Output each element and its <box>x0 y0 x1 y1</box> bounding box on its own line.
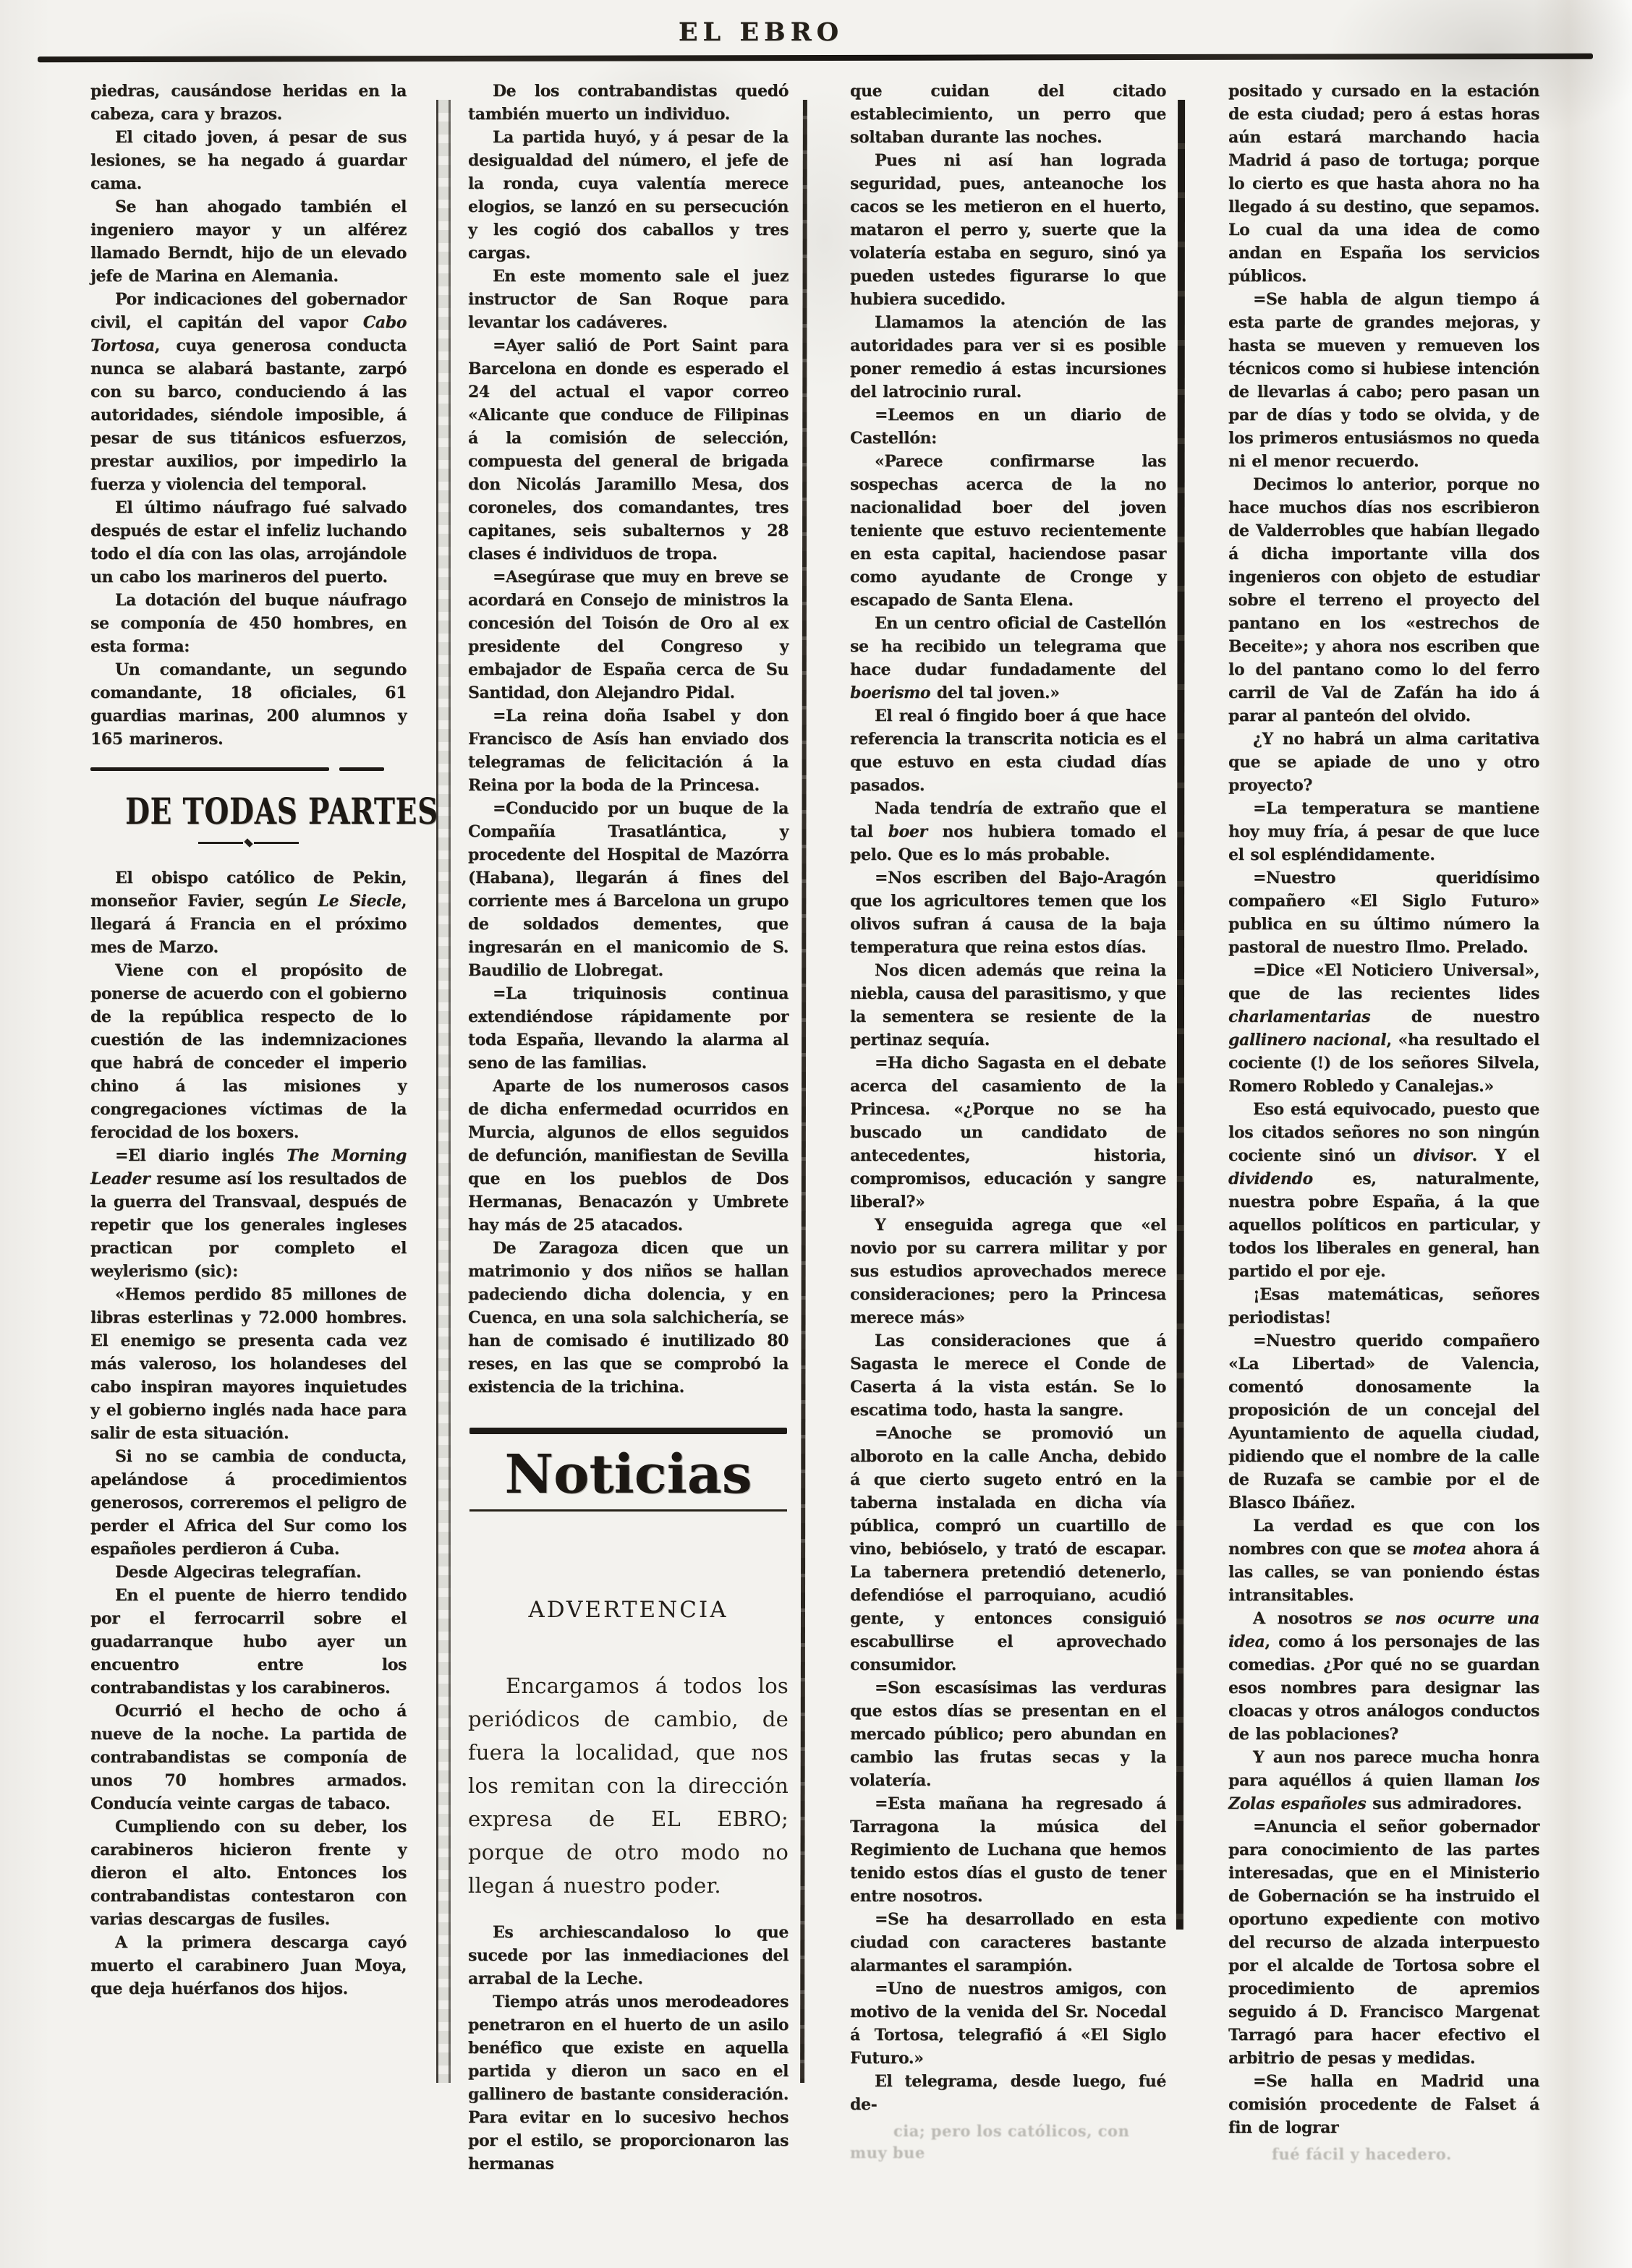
paragraph: =Nuestro querido compañero «La Libertad»… <box>1228 1329 1539 1514</box>
news-section-title: Noticias <box>468 1444 789 1505</box>
paragraph: Si no se cambia de conducta, apelándose … <box>90 1445 407 1561</box>
ghost-setoff-text: cia; pero los católicos, con muy bue <box>850 2120 1166 2164</box>
column-1: piedras, causándose heridas en la cabeza… <box>90 80 407 2000</box>
paragraph: Ocurrió el hecho de ocho á nueve de la n… <box>90 1700 407 1815</box>
paragraph: En este momento sale el juez instructor … <box>468 265 789 334</box>
column-4: positado y cursado en la estación de est… <box>1228 80 1539 2165</box>
column-separator-2 <box>800 100 807 2083</box>
paragraph: La dotación del buque náufrago se compon… <box>90 589 407 658</box>
paragraph: Aparte de los numerosos casos de dicha e… <box>468 1075 789 1237</box>
paragraph: =Se habla de algun tiempo á esta parte d… <box>1228 288 1539 473</box>
column-2: De los contrabandistas quedó también mue… <box>468 80 789 2175</box>
paragraph: La verdad es que con los nombres con que… <box>1228 1514 1539 1607</box>
ghost-setoff-text: fué fácil y hacedero. <box>1228 2144 1539 2165</box>
paragraph: Eso está equivocado, puesto que los cita… <box>1228 1098 1539 1283</box>
paragraph: Nos dicen además que reina la niebla, ca… <box>850 959 1166 1052</box>
paragraph: Decimos lo anterior, porque no hace much… <box>1228 473 1539 728</box>
paragraph: El obispo católico de Pekin, monseñor Fa… <box>90 866 407 959</box>
paragraph: Tiempo atrás unos merodeadores penetraro… <box>468 1990 789 2175</box>
paragraph: Por indicaciones del gobernador civil, e… <box>90 288 407 496</box>
paragraph: De los contrabandistas quedó también mue… <box>468 80 789 126</box>
paragraph: En un centro oficial de Castellón se ha … <box>850 612 1166 704</box>
paragraph: =Nos escriben del Bajo-Aragón que los ag… <box>850 866 1166 959</box>
paragraph: El real ó fingido boer á que hace refere… <box>850 704 1166 797</box>
paragraph: =Se halla en Madrid una comisión procede… <box>1228 2070 1539 2139</box>
paragraph: =Se ha desarrollado en esta ciudad con c… <box>850 1908 1166 1977</box>
paragraph: que cuidan del citado establecimiento, u… <box>850 80 1166 149</box>
paragraph: =Dice «El Noticiero Universal», que de l… <box>1228 959 1539 1098</box>
paragraph: =Anuncia el señor gobernador para conoci… <box>1228 1815 1539 2070</box>
paragraph: Pues ni así han lograda seguridad, pues,… <box>850 149 1166 311</box>
paragraph: Un comandante, un segundo comandante, 18… <box>90 658 407 751</box>
section-title: DE TODAS PARTES <box>125 793 372 830</box>
notice-paragraph: Encargamos á todos los periódicos de cam… <box>468 1669 789 1902</box>
paragraph: positado y cursado en la estación de est… <box>1228 80 1539 288</box>
paragraph: =Son escasísimas las verduras que estos … <box>850 1676 1166 1792</box>
paragraph: piedras, causándose heridas en la cabeza… <box>90 80 407 126</box>
paragraph: ¡Esas matemáticas, señores periodistas! <box>1228 1283 1539 1329</box>
paragraph: Se han ahogado también el ingeniero mayo… <box>90 195 407 288</box>
ornament-divider <box>90 837 407 848</box>
paragraph: Y enseguida agrega que «el novio por su … <box>850 1214 1166 1329</box>
paragraph: «Parece confirmarse las sospechas acerca… <box>850 450 1166 612</box>
thick-rule <box>469 1428 787 1434</box>
paragraph: =La triquinosis continua extendiéndose r… <box>468 982 789 1075</box>
paragraph: El telegrama, desde luego, fué de- <box>850 2070 1166 2116</box>
paragraph: =Asegúrase que muy en breve se acordará … <box>468 566 789 704</box>
paragraph: =Uno de nuestros amigos, con motivo de l… <box>850 1977 1166 2070</box>
newspaper-page: EL EBRO piedras, causándose heridas en l… <box>0 0 1632 2268</box>
paragraph: =Conducido por un buque de la Compañía T… <box>468 797 789 982</box>
paragraph: =Anoche se promovió un alboroto en la ca… <box>850 1422 1166 1676</box>
masthead-title: EL EBRO <box>660 17 862 47</box>
paragraph: =La reina doña Isabel y don Francisco de… <box>468 704 789 797</box>
paragraph: Las consideraciones que á Sagasta le mer… <box>850 1329 1166 1422</box>
paragraph: El citado joven, á pesar de sus lesiones… <box>90 126 407 195</box>
paragraph: =Nuestro queridísimo compañero «El Siglo… <box>1228 866 1539 959</box>
section-divider <box>90 767 407 771</box>
paragraph: =Leemos en un diario de Castellón: <box>850 404 1166 450</box>
masthead-rule <box>38 54 1593 63</box>
paragraph: Y aun nos parece mucha honra para aquéll… <box>1228 1746 1539 1815</box>
paragraph: «Hemos perdido 85 millones de libras est… <box>90 1283 407 1445</box>
paragraph: ¿Y no habrá un alma caritativa que se ap… <box>1228 728 1539 797</box>
paragraph: En el puente de hierro tendido por el fe… <box>90 1584 407 1700</box>
column-separator-3 <box>1176 100 1185 1930</box>
notice-title: ADVERTENCIA <box>468 1597 789 1623</box>
paragraph: =Ha dicho Sagasta en el debate acerca de… <box>850 1052 1166 1214</box>
paragraph: A nosotros se nos ocurre una idea, como … <box>1228 1607 1539 1746</box>
paragraph: Llamamos la atención de las autoridades … <box>850 311 1166 404</box>
paragraph: Nada tendría de extraño que el tal boer … <box>850 797 1166 866</box>
paragraph: Cumpliendo con su deber, los carabineros… <box>90 1815 407 1931</box>
paragraph: A la primera descarga cayó muerto el car… <box>90 1931 407 2000</box>
paragraph: Desde Algeciras telegrafían. <box>90 1561 407 1584</box>
paragraph: =La temperatura se mantiene hoy muy fría… <box>1228 797 1539 866</box>
paragraph: Es archiescandaloso lo que sucede por la… <box>468 1921 789 1990</box>
paragraph: El último náufrago fué salvado después d… <box>90 496 407 589</box>
paragraph: =Esta mañana ha regresado á Tarragona la… <box>850 1792 1166 1908</box>
paragraph: De Zaragoza dicen que un matrimonio y do… <box>468 1237 789 1399</box>
thin-rule <box>469 1509 787 1512</box>
column-separator-1 <box>436 100 451 2083</box>
paragraph: Viene con el propósito de ponerse de acu… <box>90 959 407 1144</box>
paragraph: =Ayer salió de Port Saint para Barcelona… <box>468 334 789 566</box>
column-3: que cuidan del citado establecimiento, u… <box>850 80 1166 2164</box>
paragraph: La partida huyó, y á pesar de la desigua… <box>468 126 789 265</box>
paragraph: =El diario inglés The Morning Leader res… <box>90 1144 407 1283</box>
